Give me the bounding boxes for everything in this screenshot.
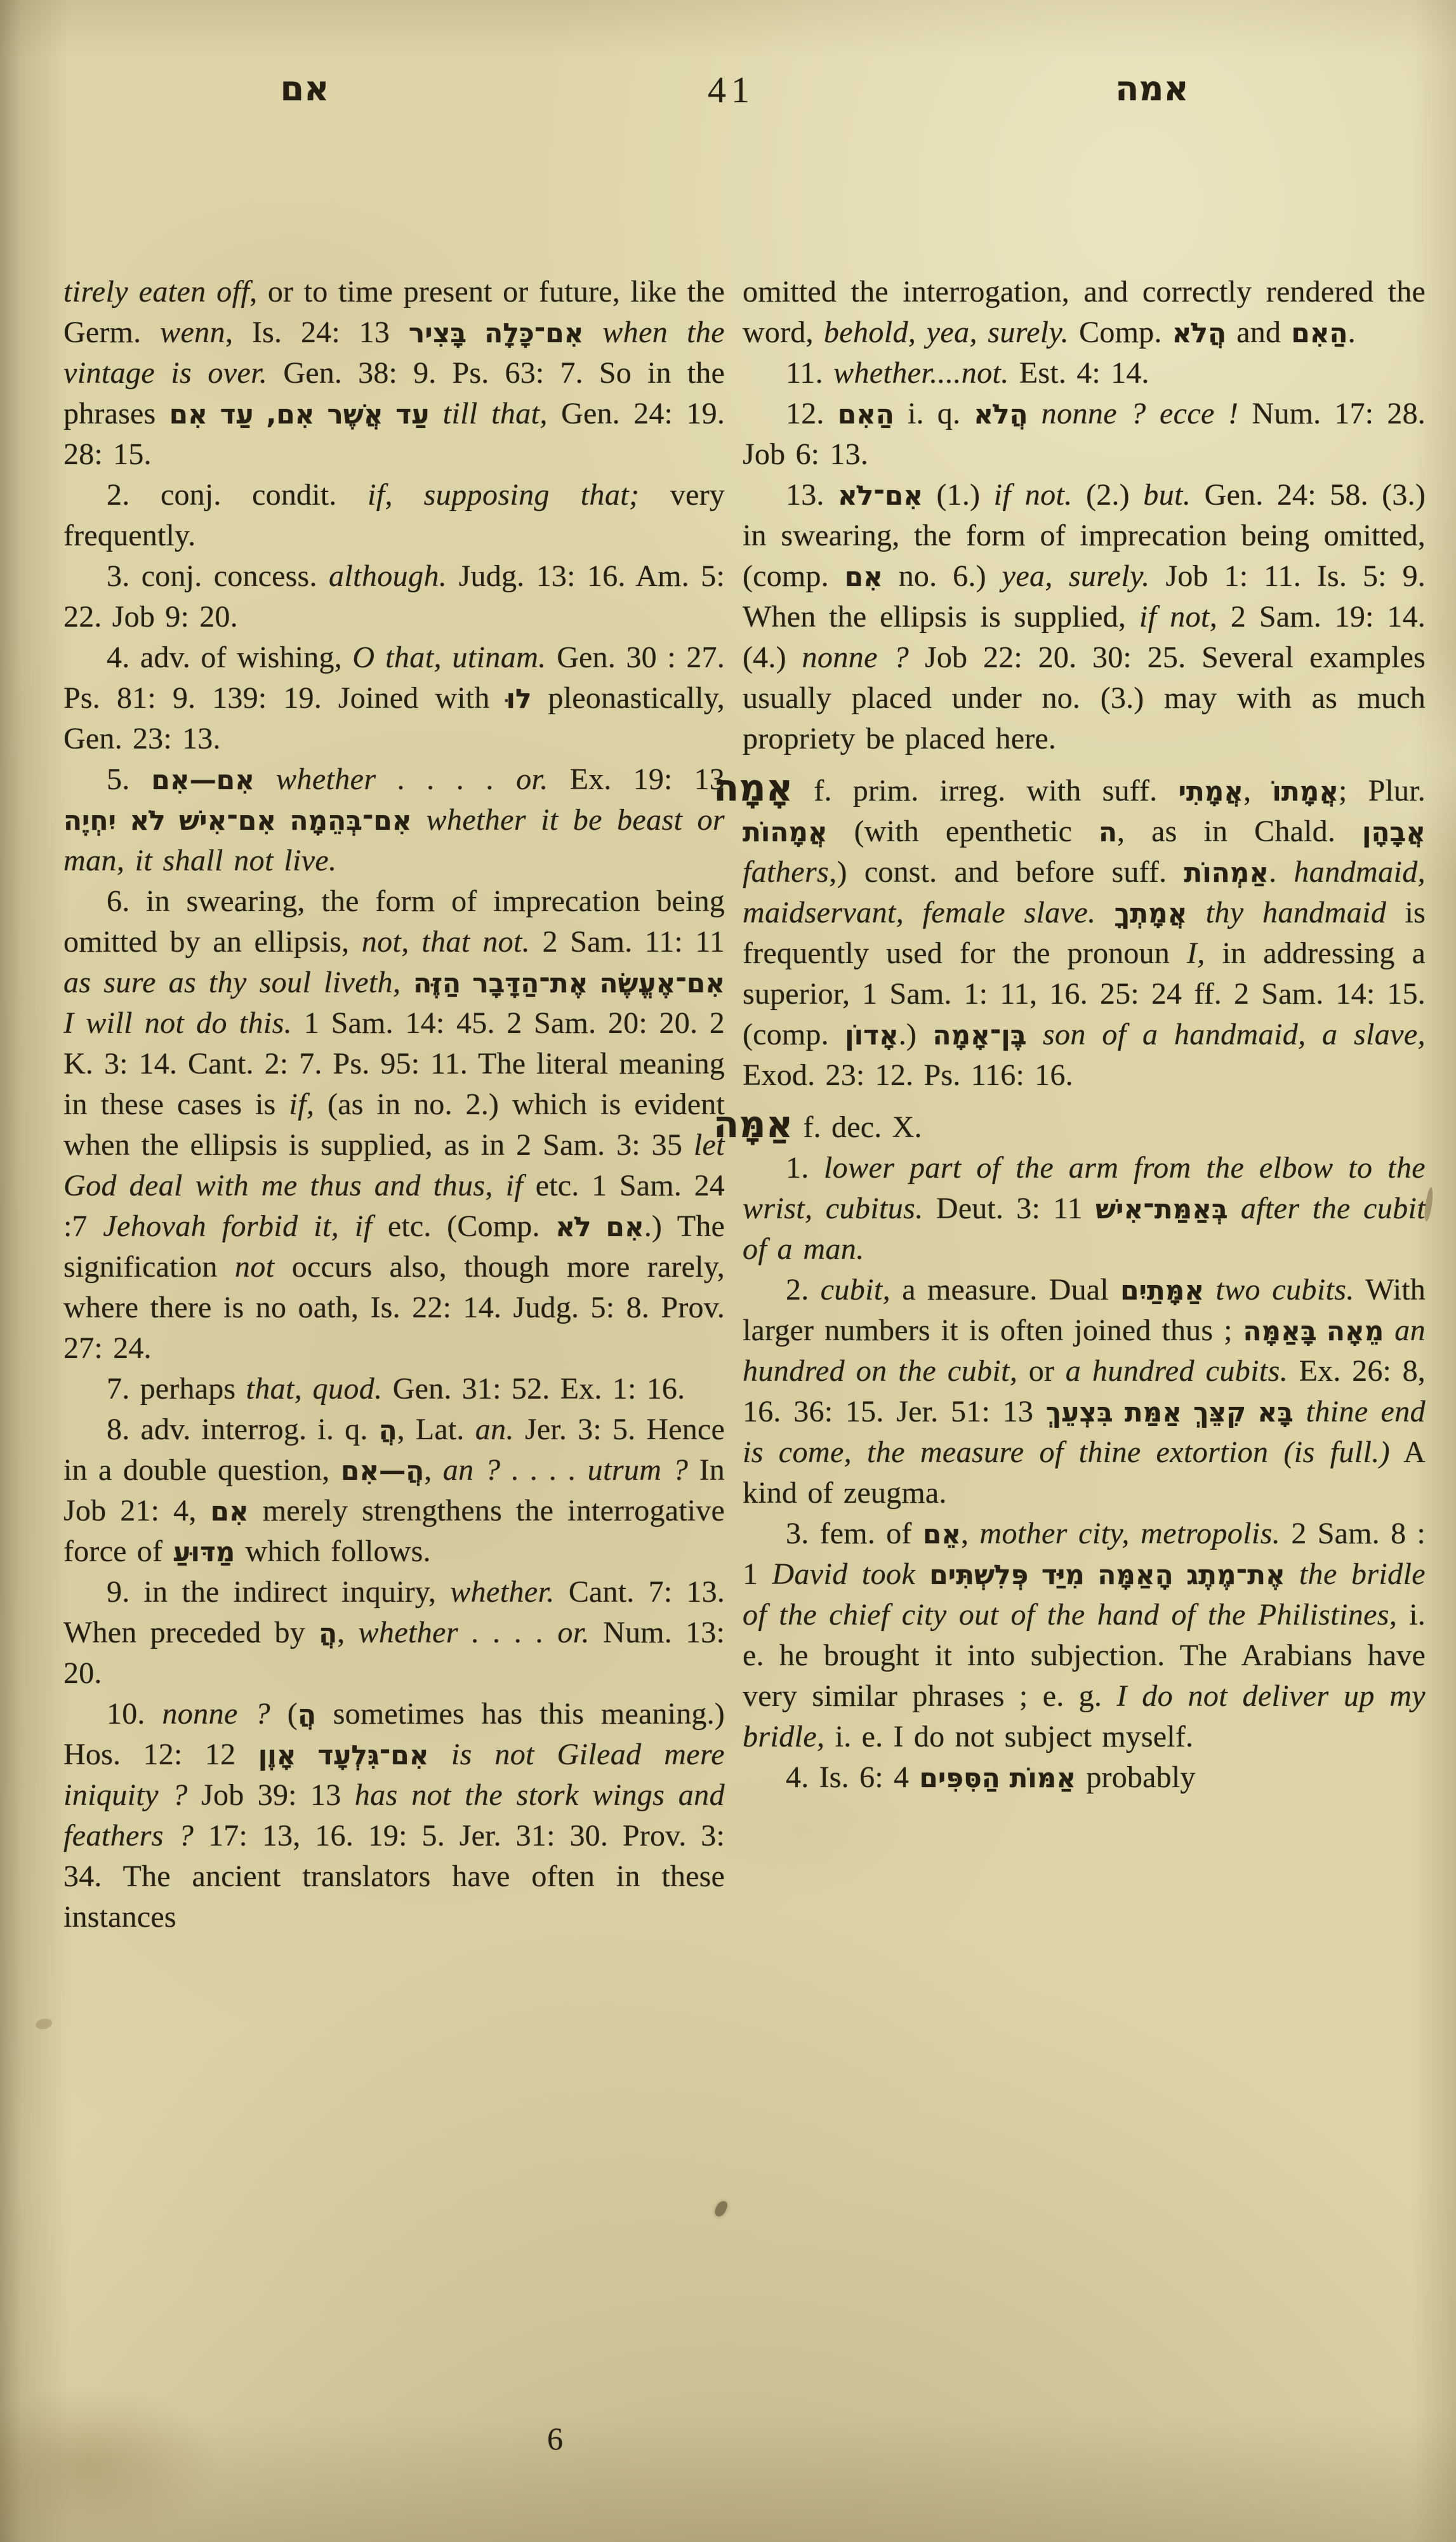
text-run: 4. Is. 6: 4 [786, 1760, 919, 1794]
text-run: (with epenthetic [828, 815, 1099, 848]
hebrew-text: הֲ [319, 1618, 337, 1649]
text-run: , Lat. [397, 1413, 475, 1446]
hebrew-text: אֲבָהָן [1362, 816, 1426, 848]
hebrew-text: אֲמָתִי [1178, 776, 1243, 807]
paragraph: 3. conj. concess. although. Judg. 13: 16… [63, 556, 725, 637]
hebrew-text: עַד אֲשֶׁר אִם, עַד אִם [169, 399, 430, 430]
text-run: Deut. 3: 11 [923, 1192, 1095, 1225]
text-run [583, 316, 602, 349]
text-run: , Is. 24: 13 [225, 316, 409, 349]
text-run: ( [270, 1697, 298, 1731]
hebrew-text: אֲמָתְךָ [1115, 898, 1188, 929]
text-run: (1.) [923, 478, 994, 512]
text-run [255, 762, 276, 796]
text-run: 4. adv. of wishing, [107, 641, 352, 674]
text-run: fathers, [743, 855, 837, 889]
hebrew-text: אַמָּתַיִם [1120, 1275, 1204, 1306]
text-run: Jehovah forbid it, if [103, 1209, 372, 1243]
text-run: . [1348, 316, 1356, 349]
hebrew-text: הֲ—אִם [341, 1455, 424, 1486]
hebrew-text: מַדּוּעַ [173, 1536, 235, 1567]
text-run [429, 397, 442, 430]
hebrew-text: הַאִם [838, 399, 894, 430]
text-run: Exod. 23: 12. Ps. 116: 16. [743, 1058, 1073, 1092]
text-run: or [1017, 1354, 1065, 1388]
text-run: f. prim. irreg. with suff. [793, 774, 1178, 808]
text-run: Gen. 31: 52. Ex. 1: 16. [383, 1372, 685, 1406]
hebrew-text: אִם לֹא [555, 1211, 644, 1242]
right-column: omitted the interrogation, and correctly… [743, 272, 1426, 1798]
paragraph: 3. fem. of אֵם, mother city, metropolis.… [743, 1514, 1426, 1757]
text-run: 2 Sam. 11: 11 [530, 925, 725, 959]
text-run [1228, 1192, 1241, 1225]
hebrew-text: הֲ [298, 1699, 316, 1730]
hebrew-text: אֵם [923, 1519, 961, 1550]
text-run: and [1226, 316, 1291, 349]
text-run: , [337, 1616, 358, 1649]
hebrew-text: הַאִם [1291, 317, 1347, 349]
hebrew-text: בְּאַמַּת־אִישׁ [1095, 1194, 1228, 1225]
lexicon-entry: אָמָה f. prim. irreg. with suff. אֲמָתִי… [743, 769, 1426, 1096]
paragraph: 12. הַאִם i. q. הֲלֹא nonne ? ecce ! Num… [743, 394, 1426, 475]
text-run: nonne ? [802, 641, 910, 674]
text-run: son of a handmaid, a slave, [1043, 1018, 1426, 1051]
text-run: 11. [786, 356, 833, 390]
text-run: I, [1187, 936, 1205, 970]
paragraph: 6. in swearing, the form of imprecation … [63, 881, 725, 1369]
text-run: , as in Chald. [1117, 815, 1362, 848]
paragraph: 2. cubit, a measure. Dual אַמָּתַיִם two… [743, 1270, 1426, 1514]
hebrew-text: אֲמָהוֹת [743, 816, 828, 848]
text-run [400, 966, 413, 999]
hebrew-text: מֵאָה בָּאַמָּה [1243, 1315, 1384, 1347]
text-run: cubit, [821, 1273, 890, 1307]
paragraph: 8. adv. interrog. i. q. הֲ, Lat. an. Jer… [63, 1409, 725, 1572]
text-run: 3. conj. concess. [107, 559, 329, 593]
hebrew-text: אִם [211, 1496, 249, 1527]
text-run: 8. adv. interrog. i. q. [107, 1413, 379, 1446]
text-run: .) [899, 1018, 933, 1051]
text-run: nonne ? [162, 1697, 270, 1731]
text-run [1285, 1557, 1299, 1591]
text-run: whether . . . . or. [276, 762, 548, 796]
text-run: tirely eaten off [63, 275, 249, 309]
text-run: whether....not. [833, 356, 1009, 390]
hebrew-text: אַמּוֹת הַסִּפִּים [919, 1762, 1076, 1793]
text-run: wenn [160, 316, 225, 349]
text-run: Est. 4: 14. [1009, 356, 1149, 390]
paragraph: 9. in the indirect inquiry, whether. Can… [63, 1572, 725, 1694]
text-run [1294, 1395, 1306, 1428]
text-run: 1. [786, 1151, 824, 1185]
text-run: etc. (Comp. [372, 1209, 555, 1243]
text-run: i. q. [894, 397, 974, 430]
hebrew-text: הֲלֹא [974, 399, 1028, 430]
text-run: 9. in the indirect inquiry, [107, 1575, 450, 1609]
text-run: an ? . . . . utrum ? [443, 1453, 689, 1487]
text-run: , [424, 1453, 443, 1487]
text-run: ; Plur. [1339, 774, 1426, 808]
text-run: O that, utinam. [352, 641, 546, 674]
header-guide-word-right: אמה [1115, 69, 1189, 109]
text-run: Job 39: 13 [188, 1778, 355, 1812]
lexicon-entry: אַמָּה f. dec. X. [743, 1106, 1426, 1148]
text-run: till that, [443, 397, 548, 430]
text-run [1187, 896, 1205, 929]
hebrew-text: אִם־אֶעֱשֶׂה אֶת־הַדָּבָר הַזֶּה [413, 968, 725, 999]
paragraph: 7. perhaps that, quod. Gen. 31: 52. Ex. … [63, 1369, 725, 1409]
hebrew-text: אַמָּה [713, 1103, 793, 1146]
text-run: David took [772, 1557, 915, 1591]
paragraph: 1. lower part of the arm from the elbow … [743, 1148, 1426, 1270]
text-run: 3. fem. of [786, 1517, 923, 1550]
hebrew-text: אַמְהוֹת [1184, 857, 1269, 888]
text-run: i. e. I do not subject myself. [824, 1720, 1193, 1753]
text-run: 10. [107, 1697, 162, 1731]
text-run: which follows. [235, 1534, 430, 1568]
hebrew-text: אָמָה [713, 766, 793, 809]
text-run: not [235, 1250, 275, 1284]
text-run [412, 803, 427, 837]
text-run: (2.) [1073, 478, 1144, 512]
text-run: whether. [450, 1575, 555, 1609]
text-run: mother city, metropolis. [979, 1517, 1280, 1550]
hebrew-text: הֲ [379, 1414, 397, 1446]
text-run: if not, [1139, 600, 1217, 634]
text-run: . [1269, 855, 1294, 889]
hebrew-text: ה [1099, 816, 1117, 848]
paragraph: 13. אִם־לֹא (1.) if not. (2.) but. Gen. … [743, 475, 1426, 759]
text-run: an. [475, 1413, 514, 1446]
text-run: a hundred cubits. [1066, 1354, 1288, 1388]
text-run: two cubits. [1215, 1273, 1354, 1307]
text-run: not, that not. [362, 925, 530, 959]
text-run: probably [1076, 1760, 1195, 1794]
paragraph: 10. nonne ? (הֲ sometimes has this meani… [63, 1694, 725, 1938]
paragraph: 5. אִם—אִם whether . . . . or. Ex. 19: 1… [63, 759, 725, 881]
text-run: behold, yea, surely. [824, 316, 1069, 349]
text-run: whether . . . . or. [359, 1616, 590, 1649]
text-run: if not. [994, 478, 1073, 512]
text-run: if, supposing that; [367, 478, 639, 512]
text-run: but. [1143, 478, 1191, 512]
text-run: although. [329, 559, 447, 593]
text-run: , [961, 1517, 979, 1550]
hebrew-text: לוּ [506, 683, 532, 714]
hebrew-text: אִם—אִם [151, 764, 255, 795]
text-run [1028, 397, 1042, 430]
text-run: if, [289, 1088, 314, 1121]
text-run: , [1243, 774, 1272, 808]
hebrew-text: אֶת־מֶתֶג הָאַמָּה מִיַּד פְּלִשְׁתִּים [929, 1559, 1285, 1590]
text-run: I will not do this. [63, 1006, 292, 1040]
hebrew-text: אִם־כָּלָה בָּצִיר [409, 317, 584, 349]
ink-speck [713, 2199, 729, 2218]
hebrew-text: בֶּן־אָמָה [932, 1020, 1026, 1051]
text-run [428, 1738, 451, 1771]
hebrew-text: אָדוֹן [845, 1020, 899, 1051]
paragraph: 11. whether....not. Est. 4: 14. [743, 353, 1426, 394]
ink-speck [35, 2017, 53, 2030]
hebrew-text: אִם [845, 561, 883, 592]
text-run [1027, 1018, 1043, 1051]
paragraph: tirely eaten off, or to time present or … [63, 272, 725, 475]
text-run: a measure. Dual [890, 1273, 1120, 1307]
paragraph: 4. adv. of wishing, O that, utinam. Gen.… [63, 637, 725, 759]
text-run: yea, surely. [1002, 559, 1150, 593]
hebrew-text: הֲלֹא [1172, 317, 1226, 349]
text-run: 7. perhaps [107, 1372, 246, 1406]
text-run: that, quod. [246, 1372, 382, 1406]
text-run: thy handmaid [1206, 896, 1387, 929]
header-guide-word-left: אם [281, 69, 329, 109]
text-run: 2. conj. condit. [107, 478, 367, 512]
text-run: Comp. [1069, 316, 1172, 349]
text-run [1384, 1314, 1394, 1347]
text-run: 2. [786, 1273, 821, 1307]
text-run: no. 6.) [883, 559, 1002, 593]
text-run [915, 1557, 929, 1591]
left-column: tirely eaten off, or to time present or … [63, 272, 725, 1938]
paragraph: omitted the interrogation, and correctly… [743, 272, 1426, 353]
paragraph: 2. conj. condit. if, supposing that; ver… [63, 475, 725, 556]
hebrew-text: אֲמָתוֹ [1272, 776, 1339, 807]
text-run: Ex. 19: 13 [548, 762, 725, 796]
text-run: nonne ? ecce ! [1042, 397, 1239, 430]
hebrew-text: בָּא קִצֵּךְ אַמַּת בִּצְעֵךְ [1046, 1397, 1294, 1428]
hebrew-text: אִם־בְּהֵמָה אִם־אִישׁ לֹא יִחְיֶה [63, 805, 412, 836]
text-run: 5. [107, 762, 151, 796]
text-run: 12. [786, 397, 838, 430]
text-run [1204, 1273, 1215, 1307]
text-run: f. dec. X. [793, 1110, 922, 1144]
text-run: ) const. and before suff. [837, 855, 1184, 889]
signature-mark: 6 [547, 2420, 563, 2457]
text-run [1096, 896, 1115, 929]
paragraph: 4. Is. 6: 4 אַמּוֹת הַסִּפִּים probably [743, 1757, 1426, 1798]
text-run: 13. [786, 478, 838, 512]
page-number: 41 [708, 69, 755, 111]
hebrew-text: אִם־גִּלְעָד אָוֶן [258, 1740, 429, 1771]
hebrew-text: אִם־לֹא [838, 480, 923, 511]
lexicon-page-scan: אם 41 אמה tirely eaten off, or to time p… [0, 0, 1456, 2542]
text-run: as sure as thy soul liveth, [63, 966, 400, 999]
